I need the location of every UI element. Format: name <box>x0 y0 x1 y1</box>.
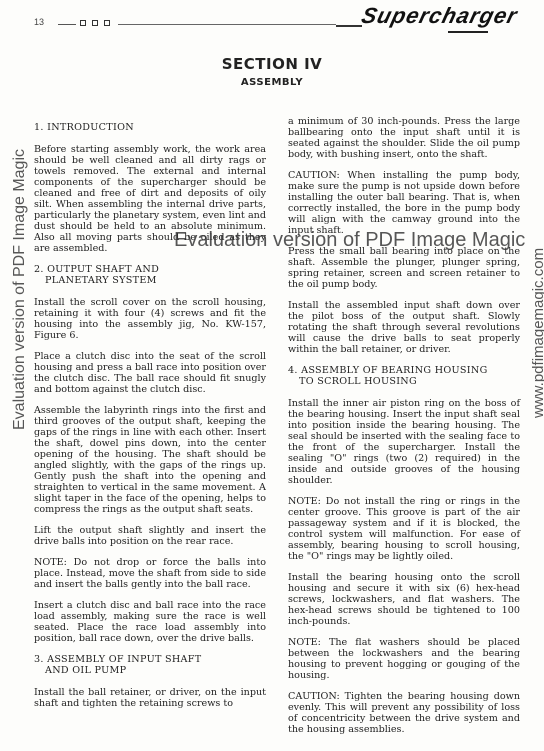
square-ornament-icon <box>92 20 98 26</box>
heading-line: AND OIL PUMP <box>34 665 266 676</box>
square-ornament-icon <box>104 20 110 26</box>
heading-line: 2. OUTPUT SHAFT AND <box>34 264 159 275</box>
note-paragraph: NOTE: Do not drop or force the balls int… <box>34 557 266 590</box>
page-number: 13 <box>34 17 44 27</box>
paragraph: Install the ball retainer, or driver, on… <box>34 687 266 709</box>
heading-line: TO SCROLL HOUSING <box>288 376 520 387</box>
note-paragraph: NOTE: Do not install the ring or rings i… <box>288 496 520 562</box>
paragraph: Before starting assembly work, the work … <box>34 144 266 254</box>
paragraph: Install the scroll cover on the scroll h… <box>34 297 266 341</box>
heading-output-shaft: 2. OUTPUT SHAFT AND PLANETARY SYSTEM <box>34 264 266 286</box>
paragraph: Install the assembled input shaft down o… <box>288 300 520 355</box>
brand-underline <box>448 31 488 33</box>
note-paragraph: NOTE: The flat washers should be placed … <box>288 637 520 681</box>
heading-line: 3. ASSEMBLY OF INPUT SHAFT <box>34 654 201 665</box>
paragraph: Place a clutch disc into the seat of the… <box>34 351 266 395</box>
paragraph: a minimum of 30 inch-pounds. Press the l… <box>288 116 520 160</box>
watermark-left-vertical: Evaluation version of PDF Image Magic <box>11 149 29 430</box>
left-column: 1. INTRODUCTION Before starting assembly… <box>34 122 266 719</box>
paragraph: Install the bearing housing onto the scr… <box>288 572 520 627</box>
right-column: a minimum of 30 inch-pounds. Press the l… <box>288 116 520 745</box>
page-header: 13 Supercharger <box>0 0 544 40</box>
header-rule <box>118 24 336 25</box>
heading-input-shaft: 3. ASSEMBLY OF INPUT SHAFT AND OIL PUMP <box>34 654 266 676</box>
watermark-right-vertical: www.pdfimagemagic.com <box>530 248 544 418</box>
heading-introduction: 1. INTRODUCTION <box>34 122 266 133</box>
paragraph: Assemble the labyrinth rings into the fi… <box>34 405 266 515</box>
section-title: SECTION IV <box>0 55 544 73</box>
header-rule <box>58 24 76 25</box>
paragraph: Lift the output shaft slightly and inser… <box>34 525 266 547</box>
caution-paragraph: CAUTION: When installing the pump body, … <box>288 170 520 236</box>
brand-logo: Supercharger <box>359 3 521 29</box>
section-subtitle: ASSEMBLY <box>0 77 544 88</box>
heading-line: PLANETARY SYSTEM <box>34 275 266 286</box>
caution-paragraph: CAUTION: Tighten the bearing housing dow… <box>288 691 520 735</box>
heading-bearing-housing: 4. ASSEMBLY OF BEARING HOUSING TO SCROLL… <box>288 365 520 387</box>
paragraph: Press the small ball bearing into place … <box>288 246 520 290</box>
heading-line: 4. ASSEMBLY OF BEARING HOUSING <box>288 365 488 376</box>
square-ornament-icon <box>80 20 86 26</box>
paragraph: Install the inner air piston ring on the… <box>288 398 520 486</box>
paragraph: Insert a clutch disc and ball race into … <box>34 600 266 644</box>
